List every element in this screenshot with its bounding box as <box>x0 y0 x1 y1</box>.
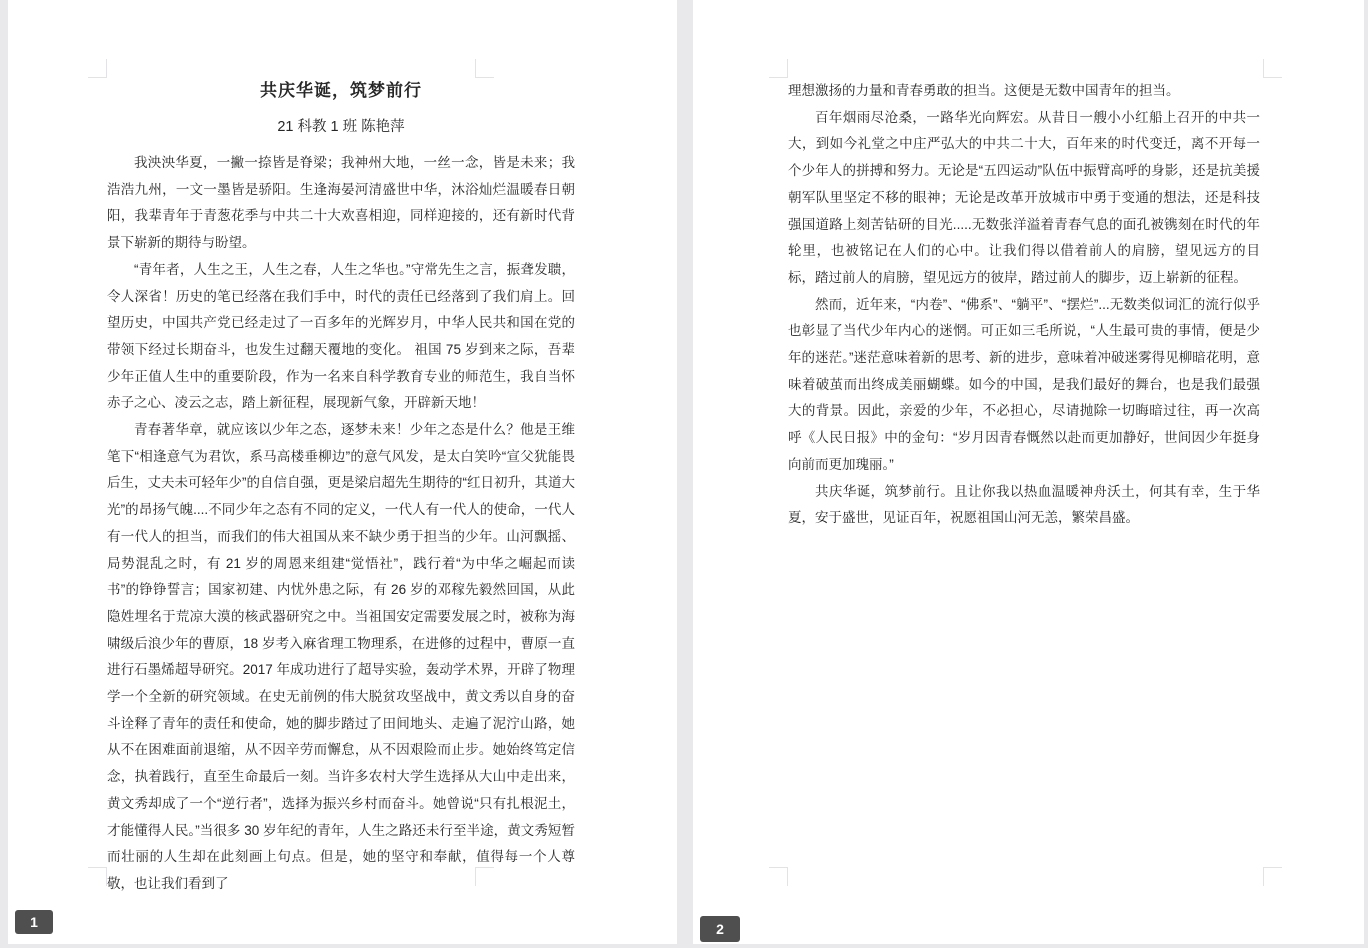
margin-mark-top-left <box>88 59 107 78</box>
document-viewer: 共庆华诞，筑梦前行 21 科教 1 班 陈艳萍 我泱泱华夏，一撇一捺皆是脊梁；我… <box>0 0 1368 948</box>
page-2-text-area[interactable]: 理想激扬的力量和青春勇敢的担当。这便是无数中国青年的担当。 百年烟雨尽沧桑，一路… <box>788 78 1260 532</box>
page-1-number-badge: 1 <box>15 910 53 934</box>
page-2[interactable]: 理想激扬的力量和青春勇敢的担当。这便是无数中国青年的担当。 百年烟雨尽沧桑，一路… <box>693 0 1364 944</box>
paragraph[interactable]: 我泱泱华夏，一撇一捺皆是脊梁；我神州大地，一丝一念，皆是未来；我浩浩九州，一文一… <box>107 150 575 257</box>
paragraph[interactable]: 百年烟雨尽沧桑，一路华光向辉宏。从昔日一艘小小红船上召开的中共一大，到如今礼堂之… <box>788 105 1260 292</box>
margin-mark-top-right <box>475 59 494 78</box>
page-2-number-badge: 2 <box>700 916 740 942</box>
paragraph[interactable]: 青春著华章，就应该以少年之态，逐梦未来！少年之态是什么？他是王维笔下“相逢意气为… <box>107 417 575 898</box>
margin-mark-bottom-right <box>1263 867 1282 886</box>
page-1[interactable]: 共庆华诞，筑梦前行 21 科教 1 班 陈艳萍 我泱泱华夏，一撇一捺皆是脊梁；我… <box>8 0 677 944</box>
margin-mark-top-left <box>769 59 788 78</box>
paragraph[interactable]: 然而，近年来，“内卷”、“佛系”、“躺平”、“摆烂”...无数类似词汇的流行似乎… <box>788 292 1260 479</box>
margin-mark-top-right <box>1263 59 1282 78</box>
author-line: 21 科教 1 班 陈艳萍 <box>107 112 575 142</box>
document-title: 共庆华诞，筑梦前行 <box>107 78 575 104</box>
margin-mark-bottom-left <box>769 867 788 886</box>
paragraph[interactable]: “青年者，人生之王，人生之春，人生之华也。”守常先生之言，振聋发聩，令人深省！历… <box>107 257 575 417</box>
page-1-text-area[interactable]: 共庆华诞，筑梦前行 21 科教 1 班 陈艳萍 我泱泱华夏，一撇一捺皆是脊梁；我… <box>107 78 575 898</box>
margin-mark-bottom-left <box>88 867 107 886</box>
paragraph-continuation[interactable]: 理想激扬的力量和青春勇敢的担当。这便是无数中国青年的担当。 <box>788 78 1260 105</box>
paragraph[interactable]: 共庆华诞，筑梦前行。且让你我以热血温暖神舟沃土，何其有幸，生于华夏，安于盛世，见… <box>788 479 1260 532</box>
